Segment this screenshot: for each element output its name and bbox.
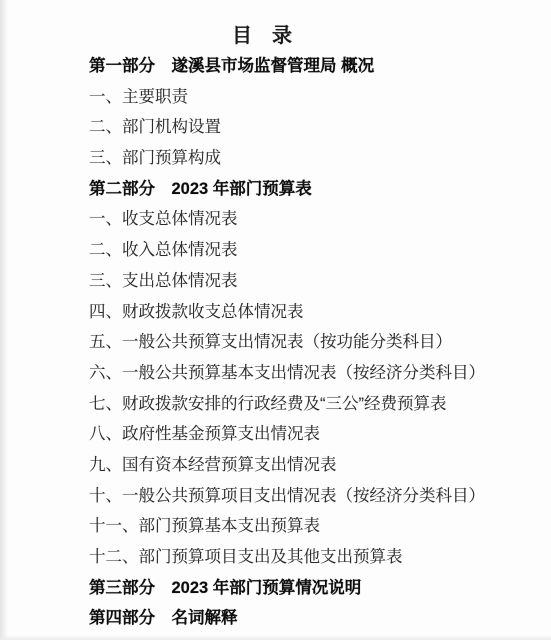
toc-part-heading: 第二部分 2023 年部门预算表 <box>0 174 551 205</box>
toc-part-heading: 第三部分 2023 年部门预算情况说明 <box>0 573 551 604</box>
toc-title: 目 录 <box>0 21 524 51</box>
toc-entry: 六、一般公共预算基本支出情况表（按经济分类科目） <box>0 358 551 389</box>
toc-entry: 一、主要职责 <box>0 82 551 113</box>
toc-entry: 十、一般公共预算项目支出情况表（按经济分类科目） <box>0 481 551 512</box>
toc-part-heading: 第四部分 名词解释 <box>0 603 551 634</box>
toc-entry: 一、收支总体情况表 <box>0 204 551 235</box>
toc-entry: 二、收入总体情况表 <box>0 235 551 266</box>
toc-entry: 八、政府性基金预算支出情况表 <box>0 419 551 450</box>
toc-entry: 三、部门预算构成 <box>0 143 551 174</box>
toc-entry: 五、一般公共预算支出情况表（按功能分类科目） <box>0 327 551 358</box>
toc-entry: 十一、部门预算基本支出预算表 <box>0 511 551 542</box>
toc-entry: 三、支出总体情况表 <box>0 266 551 297</box>
toc-entry: 七、财政拨款安排的行政经费及“三公”经费预算表 <box>0 389 551 420</box>
toc-entry: 十二、部门预算项目支出及其他支出预算表 <box>0 542 551 573</box>
toc-entry: 四、财政拨款收支总体情况表 <box>0 297 551 328</box>
toc-entry: 九、国有资本经营预算支出情况表 <box>0 450 551 481</box>
toc-entry: 二、部门机构设置 <box>0 112 551 143</box>
scan-edge-bottom <box>0 635 551 640</box>
scan-edge-left <box>0 0 8 640</box>
toc-part-heading: 第一部分 遂溪县市场监督管理局 概况 <box>0 51 551 82</box>
scanned-toc-page: 目 录 第一部分 遂溪县市场监督管理局 概况 一、主要职责 二、部门机构设置 三… <box>0 0 551 640</box>
